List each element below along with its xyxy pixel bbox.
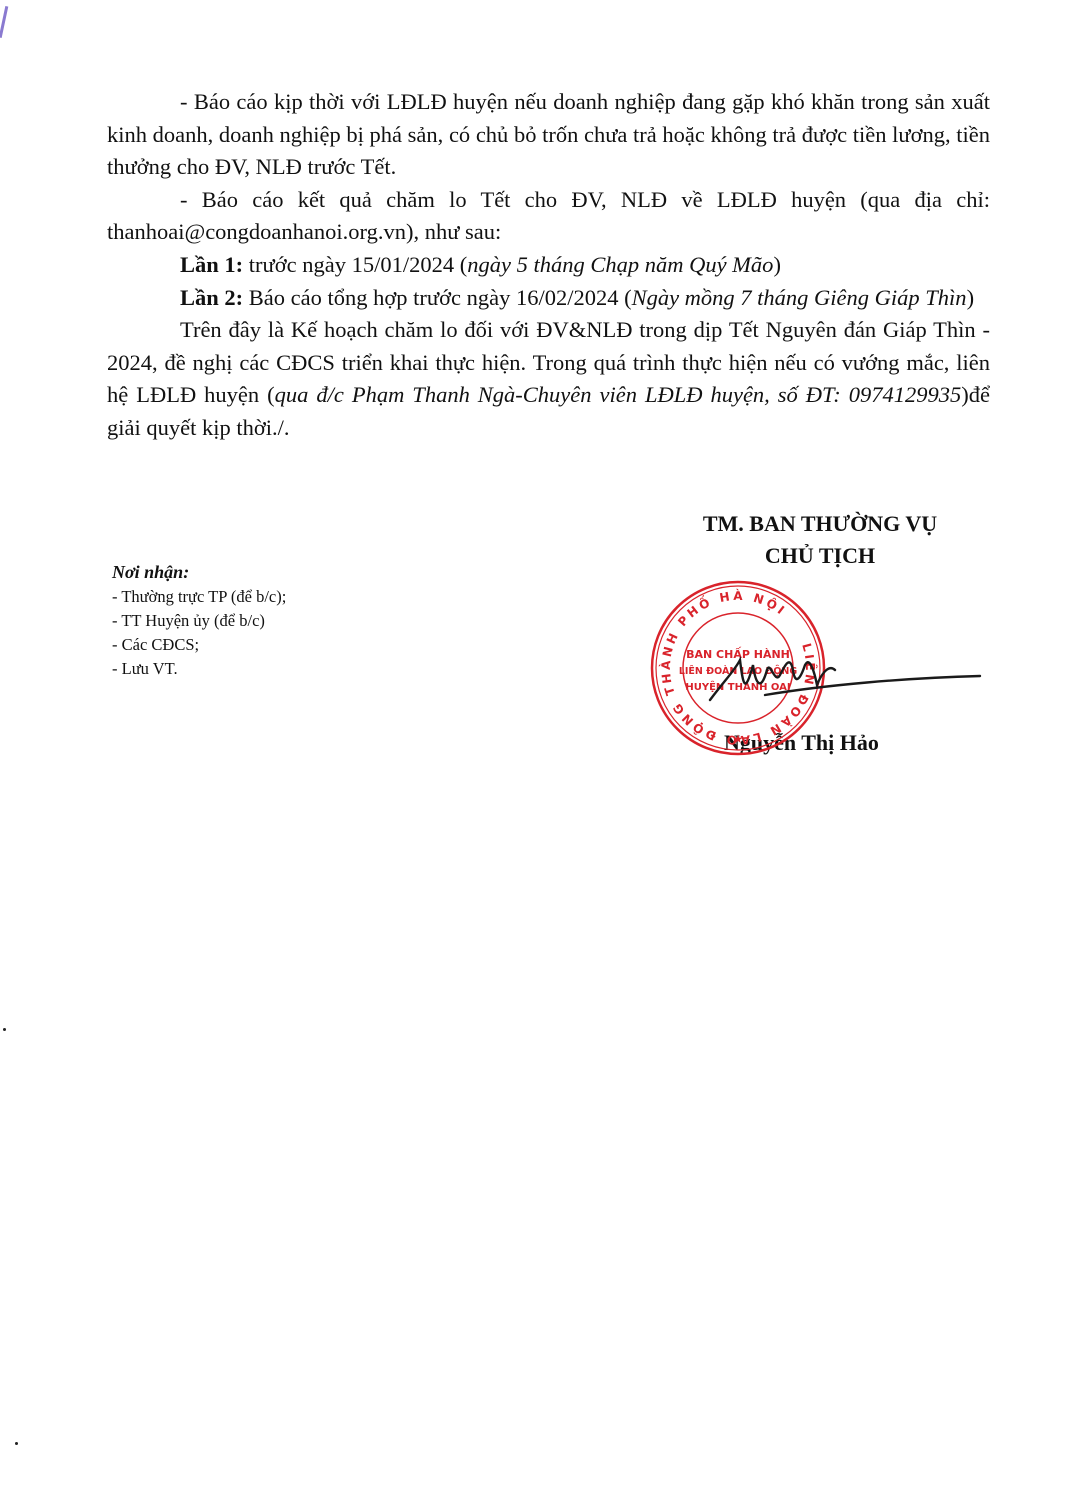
recipient-item: - Lưu VT. [112, 657, 286, 681]
paragraph-closing: Trên đây là Kế hoạch chăm lo đối với ĐV&… [107, 314, 990, 444]
recipient-item: - TT Huyện ủy (để b/c) [112, 609, 286, 633]
lan-2-lunar-date: Ngày mồng 7 tháng Giêng Giáp Thìn [632, 285, 967, 310]
paragraph-report-difficulties: - Báo cáo kịp thời với LĐLĐ huyện nếu do… [107, 86, 990, 184]
signature-title-1: TM. BAN THƯỜNG VỤ [640, 508, 1000, 540]
paragraph-report-results: - Báo cáo kết quả chăm lo Tết cho ĐV, NL… [107, 184, 990, 249]
recipients-title: Nơi nhận: [112, 560, 286, 584]
lan-1-lunar-date: ngày 5 tháng Chạp năm Quý Mão [467, 252, 773, 277]
recipient-item: - Các CĐCS; [112, 633, 286, 657]
paragraph-lan-2: Lần 2: Báo cáo tổng hợp trước ngày 16/02… [107, 282, 990, 315]
document-body: - Báo cáo kịp thời với LĐLĐ huyện nếu do… [107, 86, 990, 445]
handwritten-signature-icon [705, 640, 985, 710]
scan-speck [3, 1028, 6, 1031]
contact-info: qua đ/c Phạm Thanh Ngà-Chuyên viên LĐLĐ … [275, 382, 962, 407]
scan-speck [15, 1442, 18, 1445]
paragraph-lan-1: Lần 1: trước ngày 15/01/2024 (ngày 5 thá… [107, 249, 990, 282]
scan-edge-mark [0, 6, 8, 38]
signature-title-2: CHỦ TỊCH [640, 540, 1000, 572]
signature-block: TM. BAN THƯỜNG VỤ CHỦ TỊCH Nguyễn Thị Hả… [640, 508, 1000, 572]
recipients-block: Nơi nhận: - Thường trực TP (để b/c); - T… [112, 560, 286, 681]
recipient-item: - Thường trực TP (để b/c); [112, 585, 286, 609]
lan-2-label: Lần 2: [180, 285, 243, 310]
lan-1-label: Lần 1: [180, 252, 243, 277]
svg-text:★: ★ [733, 732, 744, 746]
